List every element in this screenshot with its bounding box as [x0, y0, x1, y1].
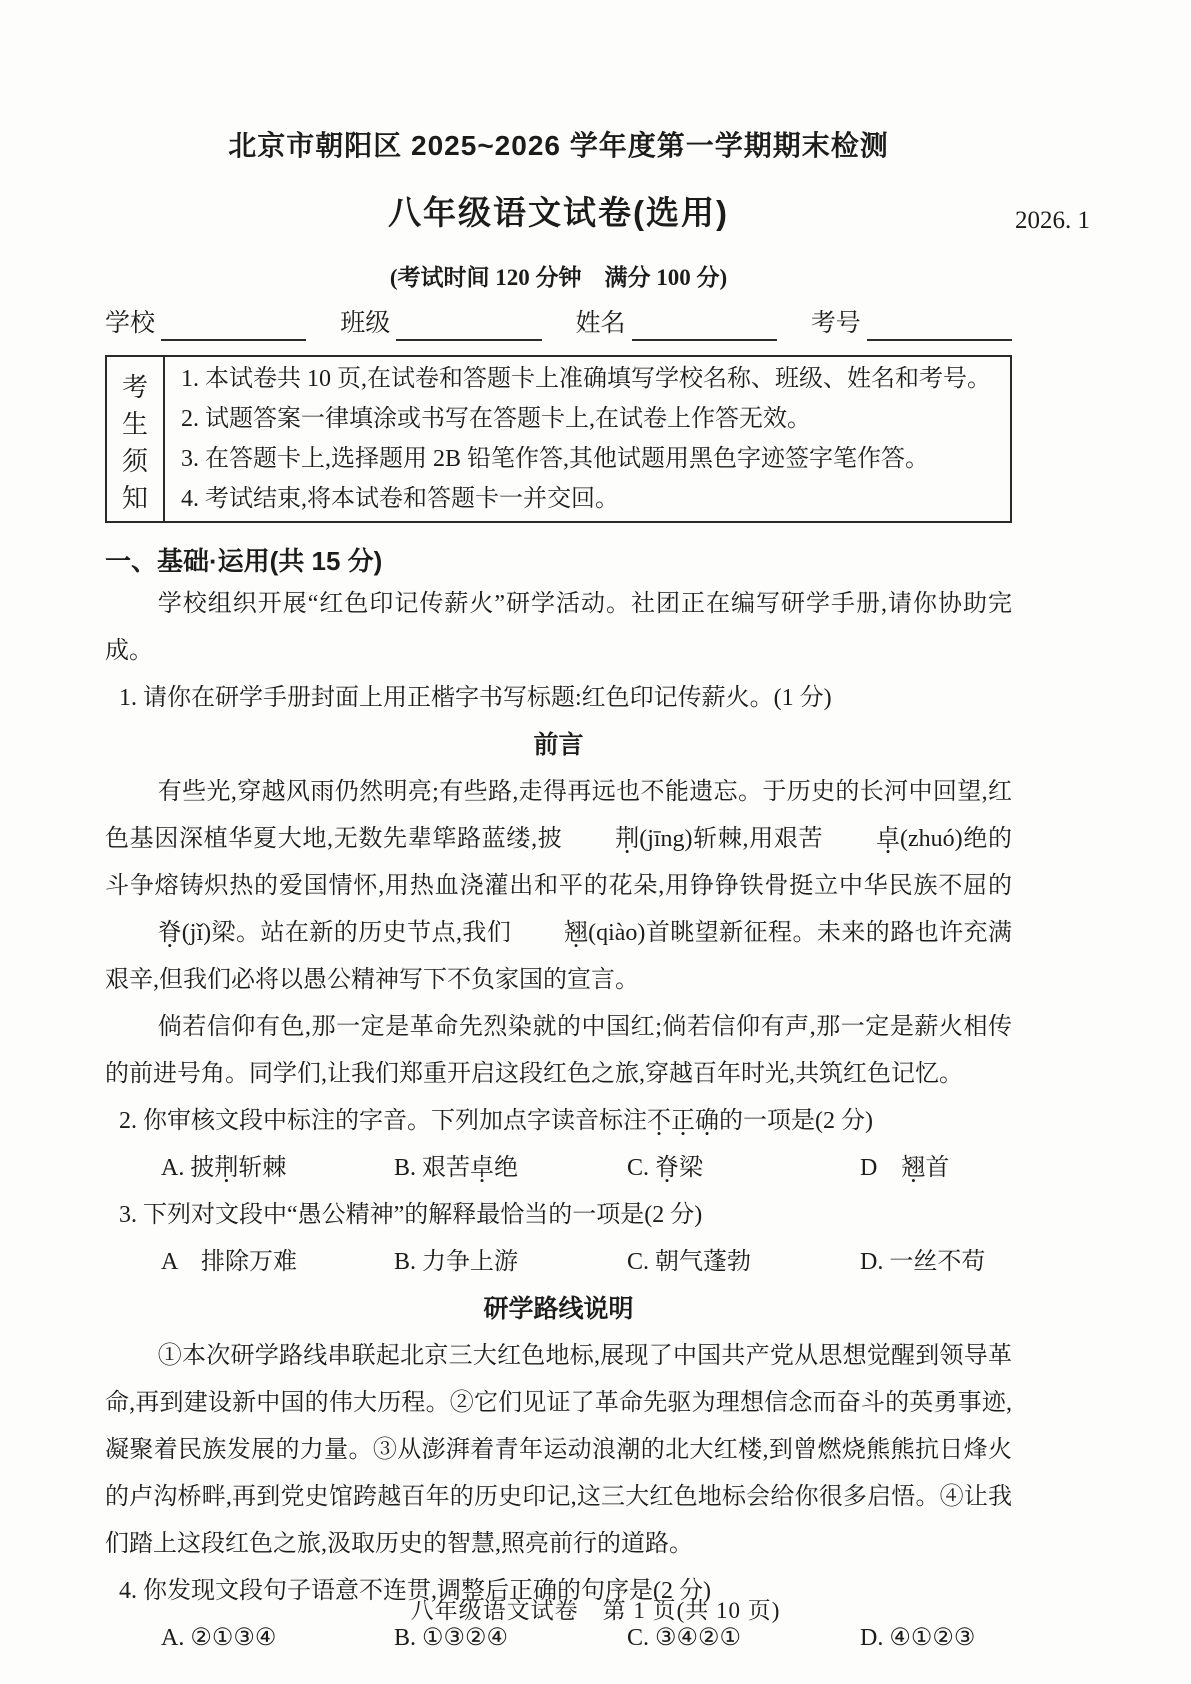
notice-item-3: 3. 在答题卡上,选择题用 2B 铅笔作答,其他试题用黑色字迹签字笔作答。 — [181, 442, 994, 476]
page-content: 北京市朝阳区 2025~2026 学年度第一学期期末检测 八年级语文试卷(选用)… — [105, 0, 1012, 1662]
exam-number-label: 考号 — [811, 307, 861, 341]
q3-option-d: D. 一丝不苟 — [860, 1239, 1012, 1286]
school-blank-line — [161, 309, 306, 341]
notice-side-char: 考 — [122, 367, 148, 404]
field-class: 班级 — [340, 307, 541, 341]
q2-option-a: A. 披荆斩棘 — [161, 1145, 394, 1192]
student-info-row: 学校 班级 姓名 考号 — [105, 307, 1012, 341]
section-1-heading: 一、基础·运用(共 15 分) — [105, 541, 1012, 581]
subtitle-row: 八年级语文试卷(选用) 2026. 1 — [105, 191, 1012, 235]
q3-option-b: B. 力争上游 — [394, 1239, 627, 1286]
question-2: 2. 你审核文段中标注的字音。下列加点字读音标注不正确的一项是(2 分) — [105, 1098, 1012, 1145]
notice-item-2: 2. 试题答案一律填涂或书写在答题卡上,在试卷上作答无效。 — [181, 402, 994, 436]
page-title: 北京市朝阳区 2025~2026 学年度第一学期期末检测 — [105, 128, 1012, 164]
notice-vertical-label: 考 生 须 知 — [107, 357, 165, 521]
candidate-notice-box: 考 生 须 知 1. 本试卷共 10 页,在试卷和答题卡上准确填写学校名称、班级… — [105, 355, 1012, 523]
field-exam-number: 考号 — [811, 307, 1012, 341]
exam-date: 2026. 1 — [1015, 199, 1090, 243]
exam-paper-page: 北京市朝阳区 2025~2026 学年度第一学期期末检测 八年级语文试卷(选用)… — [0, 0, 1191, 1684]
question-1: 1. 请你在研学手册封面上用正楷字书写标题:红色印记传薪火。(1 分) — [105, 675, 1012, 722]
q2-option-c: C. 脊梁 — [627, 1145, 860, 1192]
field-school: 学校 — [105, 307, 306, 341]
notice-side-char: 知 — [122, 478, 148, 515]
name-label: 姓名 — [576, 307, 626, 341]
class-label: 班级 — [340, 307, 390, 341]
class-blank-line — [396, 309, 541, 341]
route-notes-title: 研学路线说明 — [105, 1286, 1012, 1333]
preface-paragraph-2: 倘若信仰有色,那一定是革命先烈染就的中国红;倘若信仰有声,那一定是薪火相传的前进… — [105, 1004, 1012, 1098]
notice-side-char: 须 — [122, 441, 148, 478]
q2-option-d: D 翘首 — [860, 1145, 1012, 1192]
q3-option-a: A 排除万难 — [161, 1239, 394, 1286]
q2-option-b: B. 艰苦卓绝 — [394, 1145, 627, 1192]
notice-item-4: 4. 考试结束,将本试卷和答题卡一并交回。 — [181, 482, 994, 516]
section-intro: 学校组织开展“红色印记传薪火”研学活动。社团正在编写研学手册,请你协助完成。 — [105, 581, 1012, 675]
q3-option-c: C. 朝气蓬勃 — [627, 1239, 860, 1286]
route-notes-paragraph: ①本次研学路线串联起北京三大红色地标,展现了中国共产党从思想觉醒到领导革命,再到… — [105, 1333, 1012, 1568]
question-2-options: A. 披荆斩棘 B. 艰苦卓绝 C. 脊梁 D 翘首 — [105, 1145, 1012, 1192]
exam-number-blank-line — [867, 309, 1012, 341]
school-label: 学校 — [105, 307, 155, 341]
preface-title: 前言 — [105, 722, 1012, 769]
notice-item-1: 1. 本试卷共 10 页,在试卷和答题卡上准确填写学校名称、班级、姓名和考号。 — [181, 362, 994, 396]
exam-subtitle: 八年级语文试卷(选用) — [105, 191, 1012, 235]
page-footer: 八年级语文试卷 第 1 页(共 10 页) — [0, 1592, 1191, 1625]
question-3-options: A 排除万难 B. 力争上游 C. 朝气蓬勃 D. 一丝不苟 — [105, 1239, 1012, 1286]
name-blank-line — [632, 309, 777, 341]
field-name: 姓名 — [576, 307, 777, 341]
preface-paragraph-1: 有些光,穿越风雨仍然明亮;有些路,走得再远也不能遗忘。于历史的长河中回望,红色基… — [105, 769, 1012, 1004]
exam-meta-info: (考试时间 120 分钟 满分 100 分) — [105, 263, 1012, 293]
question-3: 3. 下列对文段中“愚公精神”的解释最恰当的一项是(2 分) — [105, 1192, 1012, 1239]
notice-side-char: 生 — [122, 404, 148, 441]
notice-items: 1. 本试卷共 10 页,在试卷和答题卡上准确填写学校名称、班级、姓名和考号。 … — [165, 357, 1010, 521]
